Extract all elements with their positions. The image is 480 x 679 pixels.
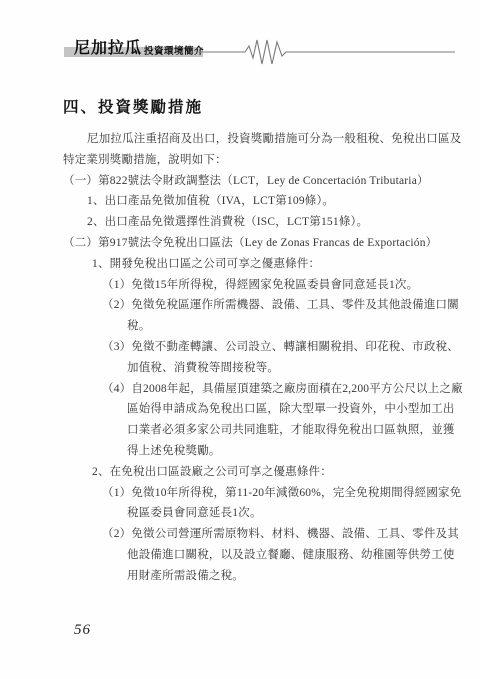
text-line: 加值稅、消費稅等間接稅等。 (127, 358, 433, 379)
text-line: 1、開發免稅出口區之公司可享之優惠條件： (92, 254, 433, 275)
text-line: 2、在免稅出口區設廠之公司可享之優惠條件： (92, 462, 433, 483)
text-line: 用財產所需設備之稅。 (127, 566, 433, 587)
document-page: 尼加拉瓜 投資環境簡介 四、投資獎勵措施 尼加拉瓜注重招商及出口，投資獎勵措施可… (0, 0, 480, 679)
text-line: （1）免徵10年所得稅，第11-20年減徵60%，完全免稅期間得經國家免 (102, 483, 433, 504)
text-line: 區始得申請成為免稅出口區，除大型單一投資外，中小型加工出 (127, 399, 433, 420)
heartbeat-zigzag-icon (200, 37, 456, 67)
text-line: 1、出口產品免徵加值稅（IVA，LCT第109條）。 (87, 191, 433, 212)
text-line: （二）第917號法令免稅出口區法（Ley de Zonas Francas de… (63, 233, 433, 254)
text-line: （2）免徵免稅區運作所需機器、設備、工具、零件及其他設備進口關 (102, 295, 433, 316)
page-number: 56 (74, 622, 91, 639)
brand-title-secondary: 投資環境簡介 (144, 47, 204, 58)
text-line: （1）免徵15年所得稅，得經國家免稅區委員會同意延長1次。 (102, 275, 433, 296)
text-line: 尼加拉瓜注重招商及出口，投資獎勵措施可分為一般租稅、免稅出口區及 (87, 129, 433, 150)
text-line: （一）第822號法令財政調整法（LCT，Ley de Concertación … (63, 171, 433, 192)
brand-title: 尼加拉瓜 投資環境簡介 (74, 38, 204, 57)
text-line: 口業者必須多家公司共同進駐，才能取得免稅出口區執照，並獲 (127, 420, 433, 441)
text-line: （3）免徵不動產轉讓、公司設立、轉讓相關稅捐、印花稅、市政稅、 (102, 337, 433, 358)
text-line: 2、出口產品免徵選擇性消費稅（ISC，LCT第151條）。 (87, 212, 433, 233)
text-line: 他設備進口關稅，以及設立餐廳、健康服務、幼稚園等供勞工使 (127, 545, 433, 566)
text-line: 得上述免稅獎勵。 (127, 441, 433, 462)
text-line: （4）自2008年起，具備屋頂建築之廠房面積在2,200平方公尺以上之廠 (102, 379, 433, 400)
text-line: 稅。 (127, 316, 433, 337)
body-text: 尼加拉瓜注重招商及出口，投資獎勵措施可分為一般租稅、免稅出口區及特定業別獎勵措施… (63, 129, 433, 587)
brand-title-primary: 尼加拉瓜 (74, 41, 142, 57)
text-line: 稅區委員會同意延長1次。 (127, 503, 433, 524)
text-line: （2）免徵公司營運所需原物料、材料、機器、設備、工具、零件及其 (102, 524, 433, 545)
text-line: 特定業別獎勵措施，說明如下： (63, 150, 433, 171)
section-title: 四、投資獎勵措施 (63, 95, 203, 117)
